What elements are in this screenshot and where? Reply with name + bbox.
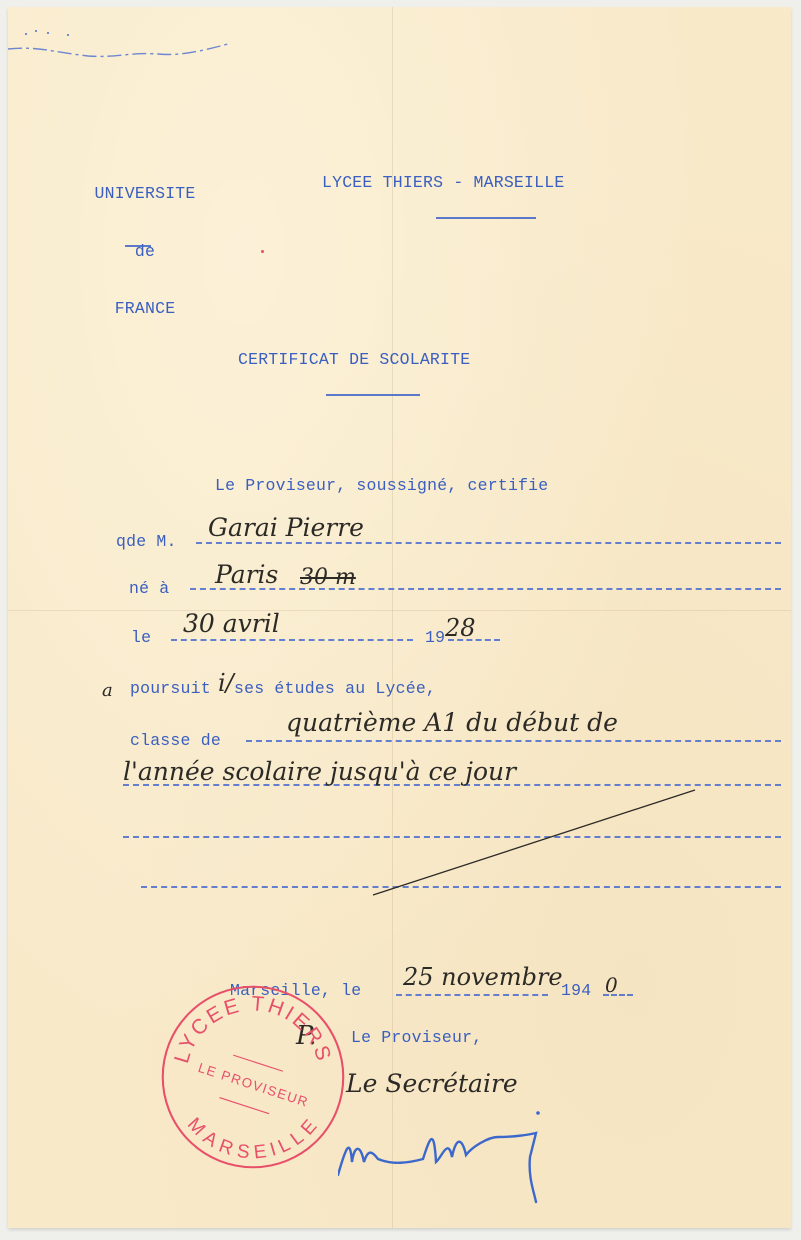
signature-icon: [338, 1107, 598, 1207]
student-name: Garai Pierre: [208, 515, 364, 540]
header-right-underline: [436, 217, 536, 219]
blank-line-3: [123, 836, 781, 838]
closing-year-handwritten: 0: [605, 975, 618, 995]
birth-year-typed: 19: [425, 630, 445, 647]
birth-year-handwritten: 28: [445, 616, 476, 640]
date-label: le: [131, 630, 151, 647]
closing-date: 25 novembre: [403, 965, 563, 989]
class-text-line-2: l'année scolaire jusqu'à ce jour: [123, 759, 516, 784]
class-line-1: [246, 740, 781, 742]
red-ink-dot: [261, 250, 264, 253]
intro-text: Le Proviseur, soussigné, certifie: [215, 478, 548, 495]
birthplace: Paris: [215, 562, 278, 587]
closing-year-line: [603, 994, 633, 996]
birthyear-line: [448, 639, 500, 641]
pursuit-prefix: a: [102, 682, 113, 700]
name-line: [196, 542, 781, 544]
signatory-title: Le Proviseur,: [351, 1030, 482, 1047]
class-label: classe de: [130, 733, 221, 750]
birthdate-line: [171, 639, 413, 641]
class-text-line-1: quatrième A1 du début de: [286, 710, 618, 735]
pursuit-text-start: poursuit: [130, 681, 211, 698]
closing-date-line: [396, 994, 548, 996]
secretary-note: Le Secrétaire: [346, 1071, 518, 1096]
title-underline: [326, 394, 420, 396]
header-left-underline: [125, 245, 151, 247]
university-line-3: FRANCE: [60, 301, 230, 318]
certificate-paper: UNIVERSITE de FRANCE LYCEE THIERS - MARS…: [8, 7, 791, 1228]
closing-year-typed: 194: [561, 983, 591, 1000]
document-title: CERTIFICAT DE SCOLARITE: [238, 352, 470, 369]
blank-line-4: [141, 886, 781, 888]
fold-crease-horizontal: [8, 610, 791, 611]
birthplace-struck-text: 30 m: [300, 567, 356, 589]
pursuit-text-end: ses études au Lycée,: [234, 681, 436, 698]
header-school-name: LYCEE THIERS - MARSEILLE: [322, 175, 564, 192]
ink-scribble-top: [8, 22, 248, 62]
svg-text:LYCEE THIERS: LYCEE THIERS: [170, 992, 336, 1066]
birth-date: 30 avril: [183, 611, 280, 636]
born-label: né à: [129, 581, 169, 598]
pursuit-correction: i/: [218, 671, 234, 695]
que-label: qde M.: [116, 534, 177, 551]
school-stamp: LYCEE THIERS MARSEILLE LE PROVISEUR: [158, 982, 348, 1172]
svg-text:MARSEILLE: MARSEILLE: [183, 1114, 323, 1164]
birthplace-line: [190, 588, 781, 590]
svg-text:LE PROVISEUR: LE PROVISEUR: [196, 1060, 310, 1110]
header-university: UNIVERSITE de FRANCE: [60, 153, 230, 351]
university-line-1: UNIVERSITE: [60, 186, 230, 203]
